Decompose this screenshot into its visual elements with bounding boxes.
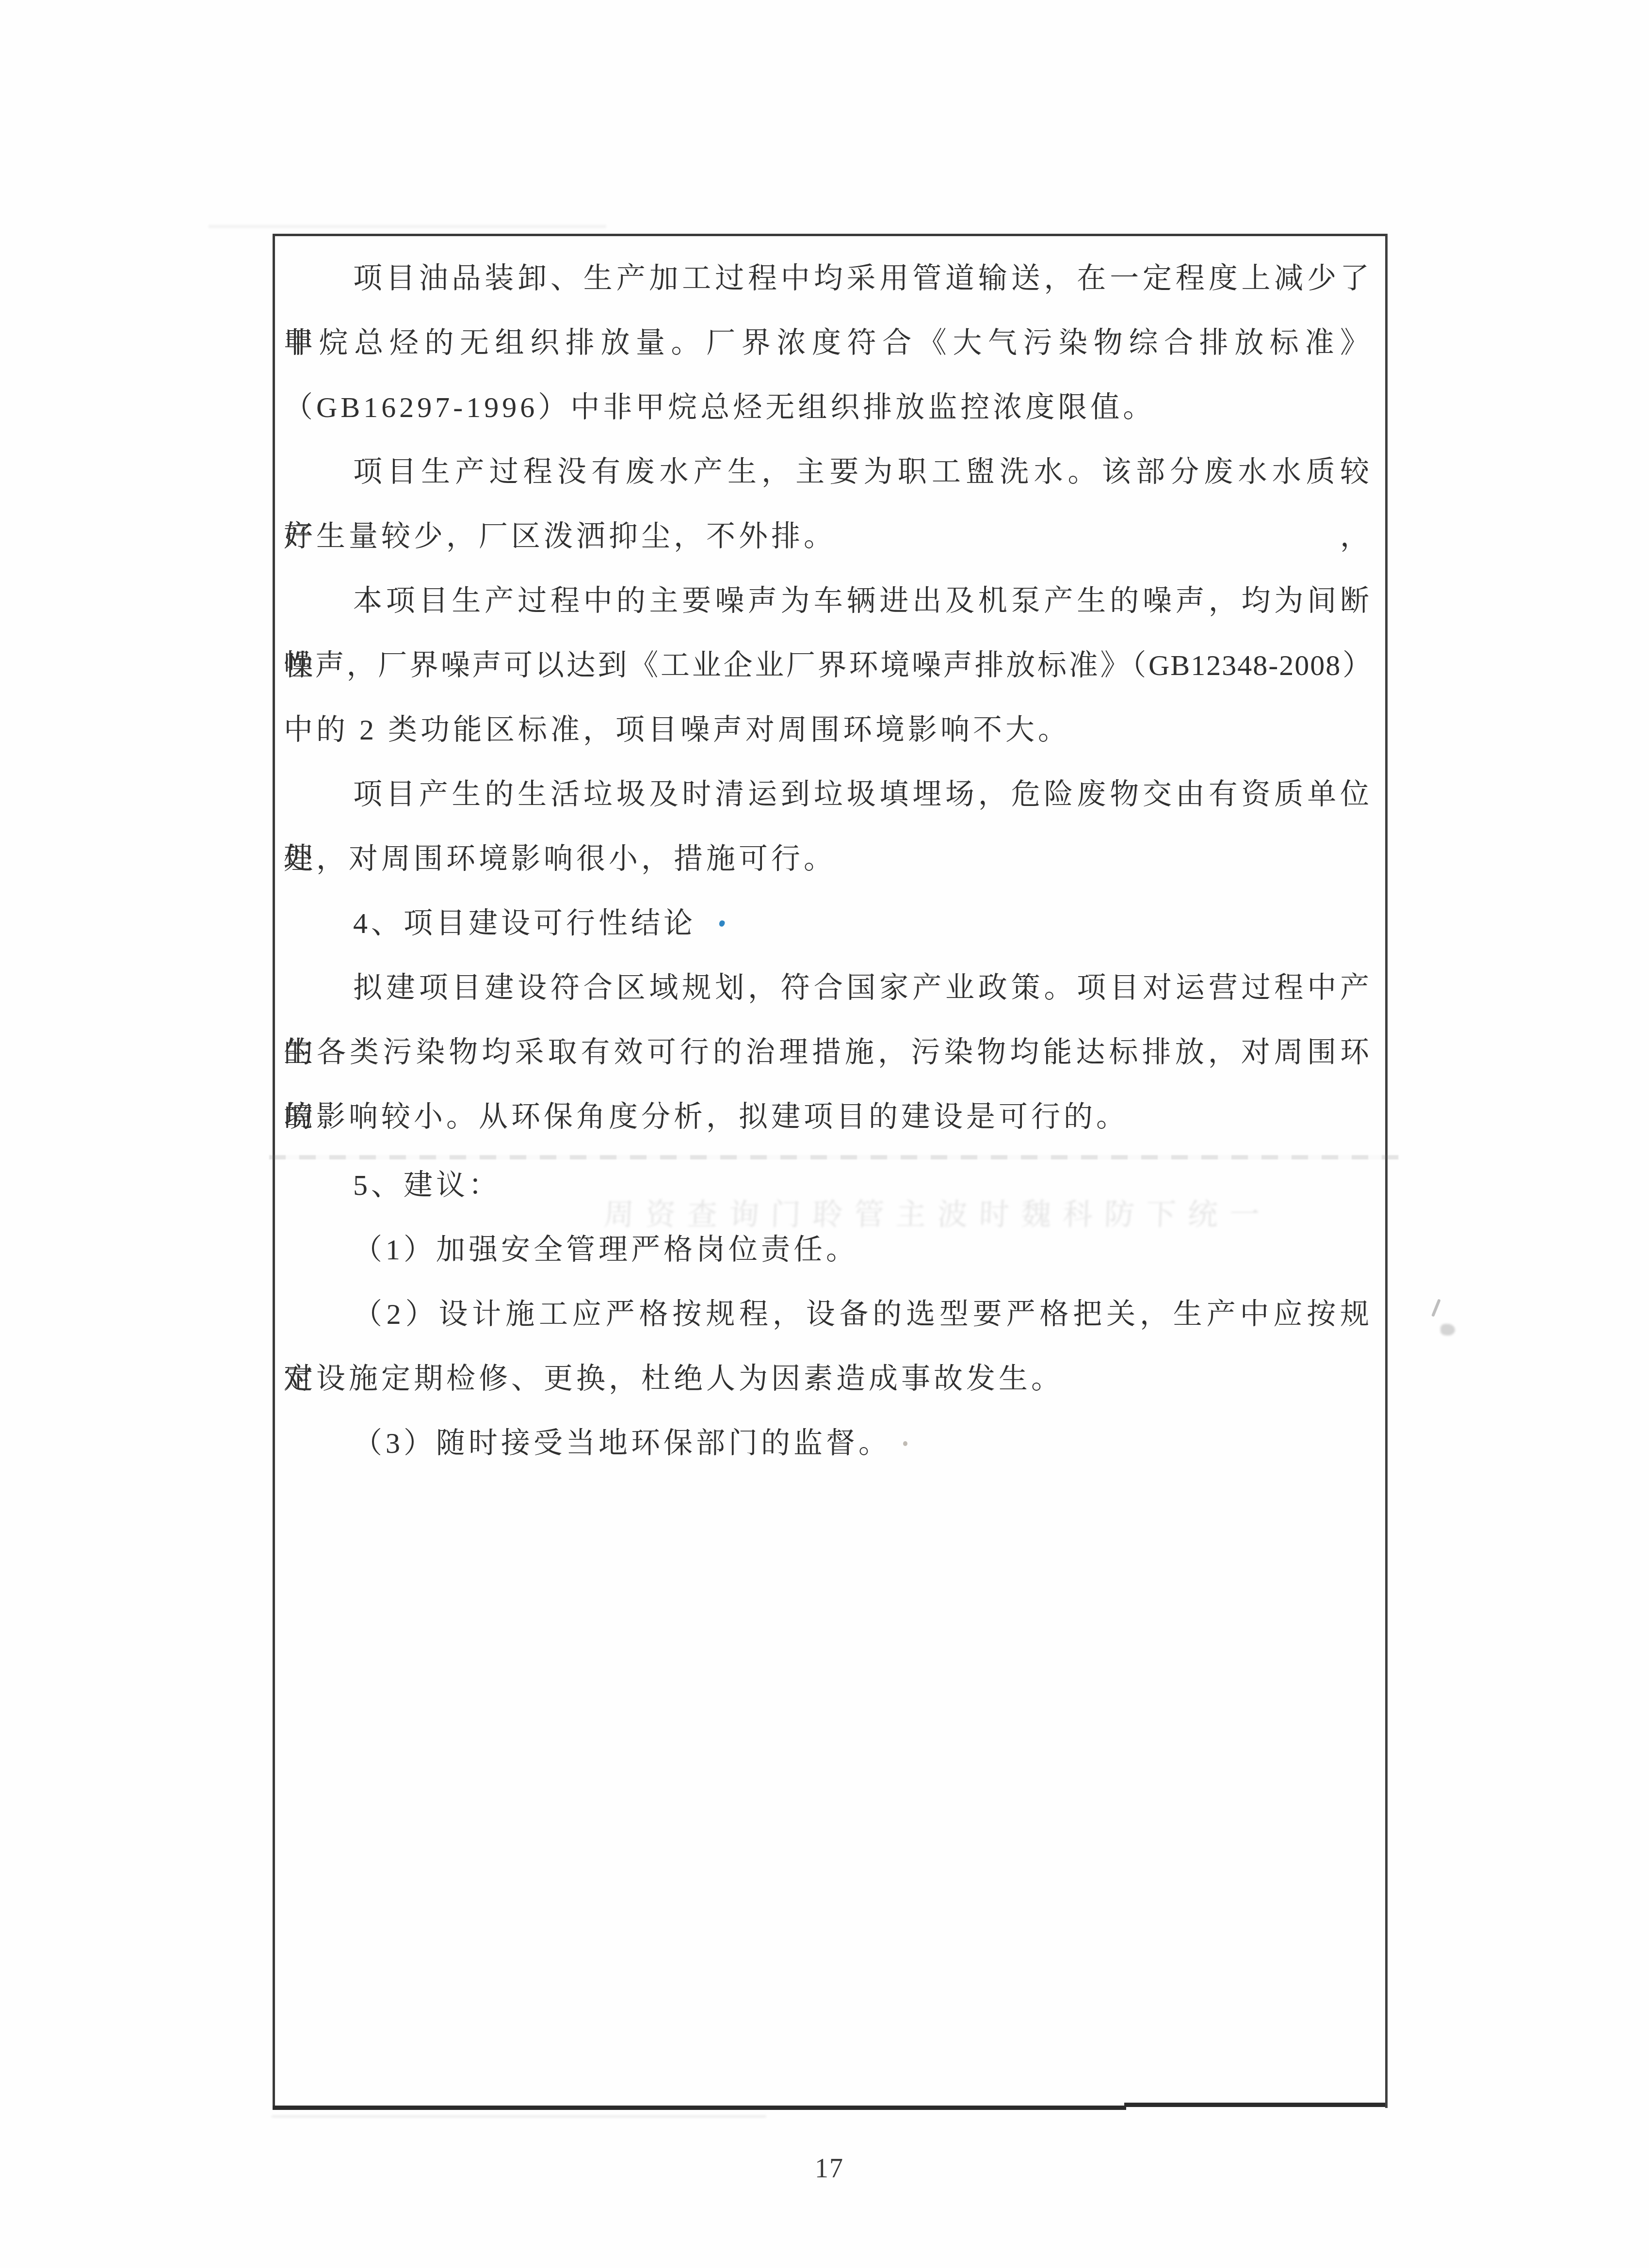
cell-bottom-border (273, 2106, 1126, 2110)
text-line: 的影响较小。从环保角度分析，拟建项目的建设是可行的。 (284, 1085, 1373, 1149)
scan-echo-top (209, 225, 606, 228)
text-line: （1）加强安全管理严格岗位责任。 (284, 1218, 1373, 1282)
text-line: 中的 2 类功能区标准，项目噪声对周围环境影响不大。 (284, 698, 1373, 762)
text-line: 甲烷总烃的无组织排放量。厂界浓度符合《大气污染物综合排放标准》 (284, 311, 1373, 375)
text-line: （GB16297-1996）中非甲烷总烃无组织排放监控浓度限值。 (284, 375, 1373, 440)
scan-echo-bottom (272, 2115, 766, 2118)
document-cell: 项目油品装卸、生产加工过程中均采用管道输送，在一定程度上减少了非 甲烷总烃的无组… (273, 234, 1388, 2108)
stray-ink-dot (903, 1441, 907, 1446)
text-line: 理，对周围环境影响很小，措施可行。 (284, 827, 1373, 891)
text-line: （3）随时接受当地环保部门的监督。 (284, 1411, 1373, 1476)
section-heading: 4、项目建设可行性结论 (284, 891, 1373, 956)
cell-bottom-border (1124, 2103, 1385, 2107)
scan-smudge-band (269, 1155, 1399, 1159)
text-line: 对设施定期检修、更换，杜绝人为因素造成事故发生。 (284, 1347, 1373, 1411)
page-number: 17 (786, 2153, 873, 2184)
document-text-block: 项目油品装卸、生产加工过程中均采用管道输送，在一定程度上减少了非 甲烷总烃的无组… (284, 236, 1373, 1476)
scanned-document-page: 项目油品装卸、生产加工过程中均采用管道输送，在一定程度上减少了非 甲烷总烃的无组… (0, 0, 1649, 2268)
stray-tick-mark (1431, 1299, 1441, 1317)
text-line: 的各类污染物均采取有效可行的治理措施，污染物均能达标排放，对周围环境 (284, 1020, 1373, 1085)
text-line: 项目产生的生活垃圾及时清运到垃圾填埋场，危险废物交由有资质单位处 (284, 762, 1373, 827)
text-line: 拟建项目建设符合区域规划，符合国家产业政策。项目对运营过程中产生 (284, 956, 1373, 1020)
text-line: 本项目生产过程中的主要噪声为车辆进出及机泵产生的噪声，均为间断性 (284, 569, 1373, 633)
section-heading: 5、建议： (284, 1153, 1373, 1218)
text-line: 项目生产过程没有废水产生，主要为职工盥洗水。该部分废水水质较好， (284, 440, 1373, 504)
text-line: 噪声，厂界噪声可以达到《工业企业厂界环境噪声排放标准》（GB12348-2008… (284, 633, 1373, 698)
text-line: 项目油品装卸、生产加工过程中均采用管道输送，在一定程度上减少了非 (284, 246, 1373, 311)
text-line: （2）设计施工应严格按规程，设备的选型要严格把关，生产中应按规定 (284, 1282, 1373, 1347)
stray-smudge (1440, 1324, 1455, 1335)
